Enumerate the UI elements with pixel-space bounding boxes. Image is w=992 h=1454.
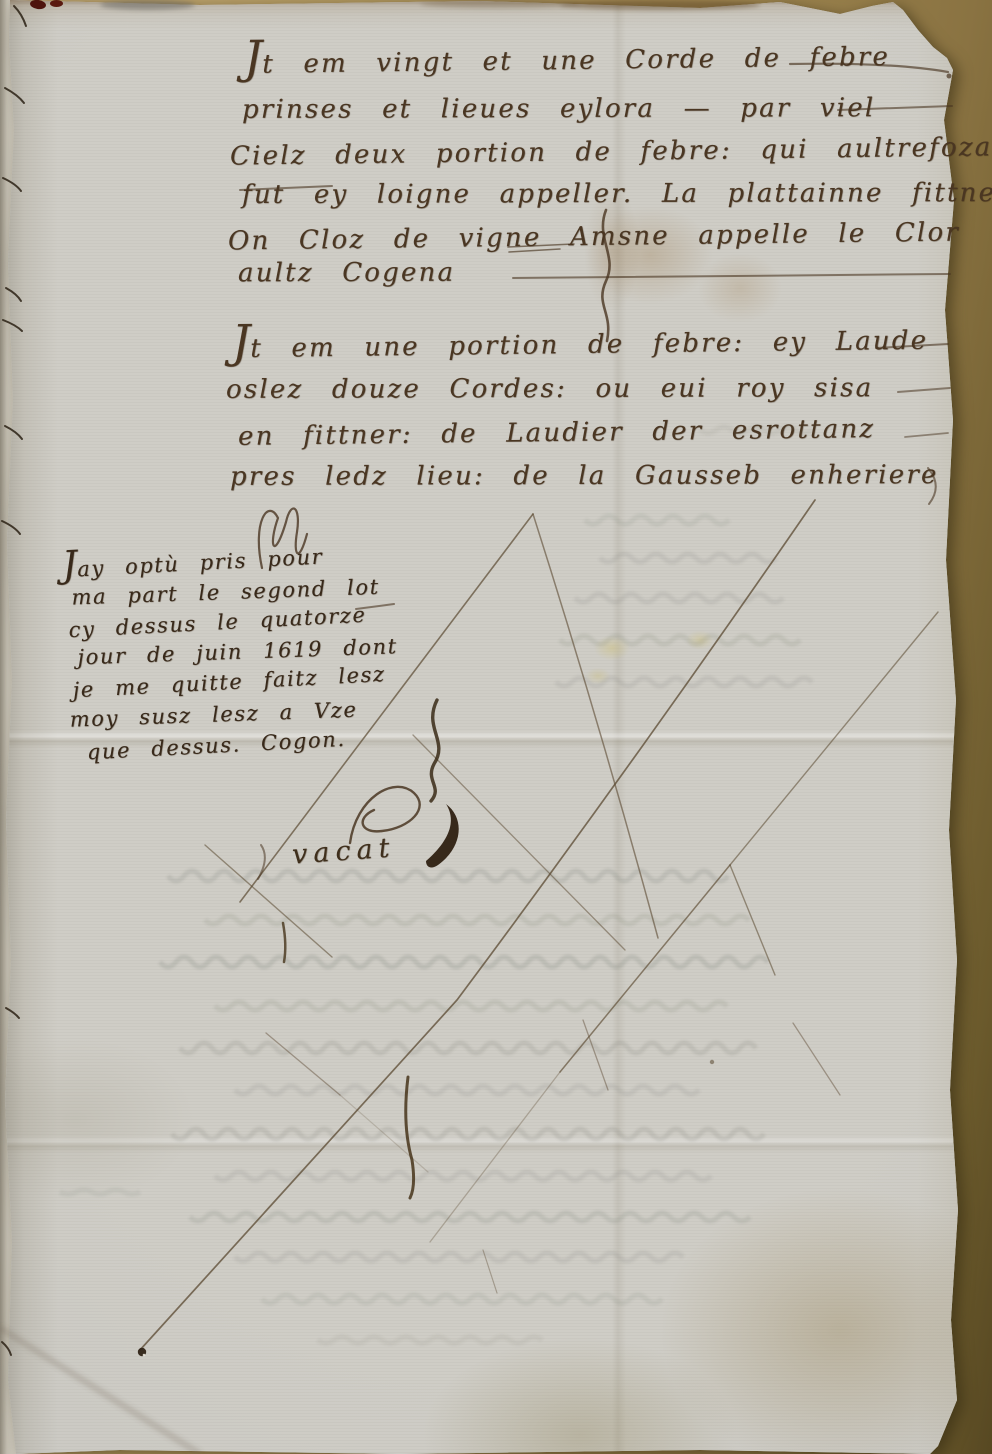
manuscript-line: prinses et lieues eylora — par viel xyxy=(242,93,875,125)
manuscript-line: aultz Cogena xyxy=(238,258,455,289)
top-edge-smudge xyxy=(420,0,580,8)
manuscript-line: oslez douze Cordes: ou eui roy sisa xyxy=(226,373,873,405)
cover-fragment xyxy=(50,0,63,7)
top-edge-smudge xyxy=(560,0,760,10)
manuscript-line: fut ey loigne appeller. La plattainne fi… xyxy=(242,178,992,210)
photograph-of-manuscript: Jt em vingt et une Corde de febre prinse… xyxy=(0,0,992,1454)
manuscript-line: pres ledz lieu: de la Gausseb enheriere xyxy=(230,460,939,492)
top-edge-smudge xyxy=(100,0,195,10)
